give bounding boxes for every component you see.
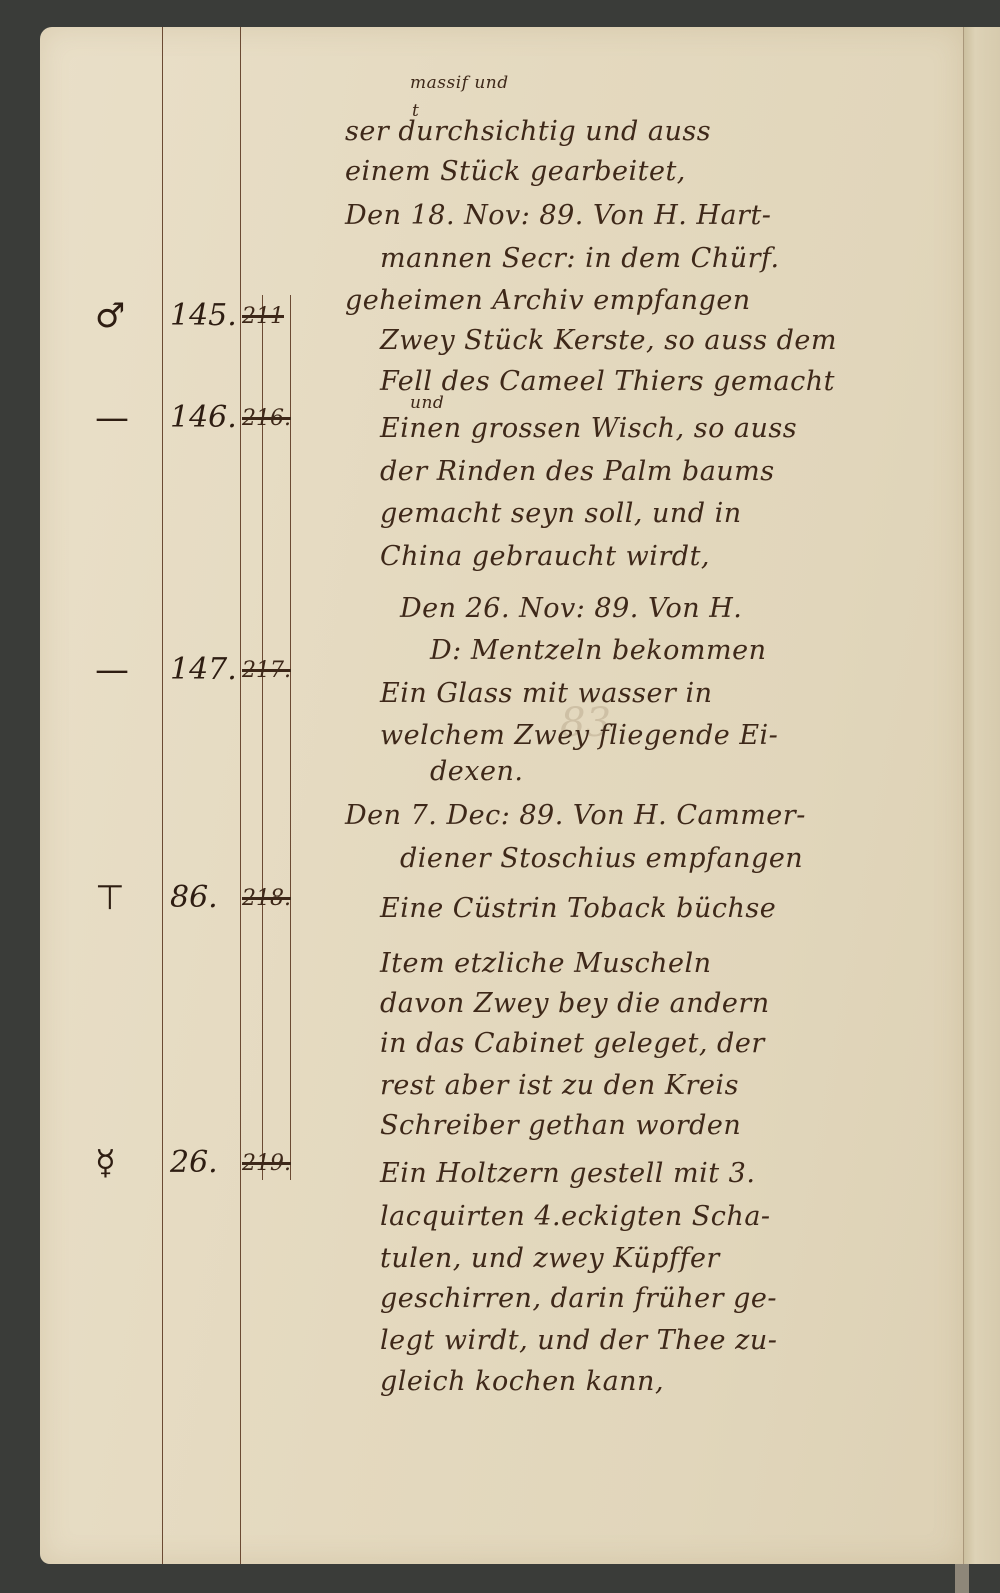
handwritten-line: und [410, 393, 444, 413]
handwritten-line: Einen grossen Wisch, so auss [380, 413, 797, 444]
adjacent-page-edge [963, 27, 1000, 1564]
handwritten-line: Den 7. Dec: 89. Von H. Cammer- [345, 800, 806, 831]
handwritten-line: der Rinden des Palm baums [380, 456, 775, 487]
struck-old-number: 216. [242, 406, 291, 431]
handwritten-line: diener Stoschius empfangen [400, 843, 803, 874]
catalog-number: 145. [170, 298, 237, 333]
handwritten-line: China gebraucht wirdt, [380, 541, 710, 572]
handwritten-line: Zwey Stück Kerste, so auss dem [380, 325, 837, 356]
catalog-number: 86. [170, 880, 218, 915]
binding-strip [955, 1564, 969, 1593]
ditto-dash-icon: — [95, 650, 129, 690]
handwritten-line: Fell des Cameel Thiers gemacht [380, 366, 835, 397]
catalog-number: 146. [170, 400, 237, 435]
struck-old-number: 211 [242, 304, 284, 329]
mercury-icon: ☿ [95, 1143, 116, 1183]
handwritten-line: gemacht seyn soll, und in [380, 498, 742, 529]
ditto-dash-icon: — [95, 398, 129, 438]
ruled-line-2 [240, 27, 241, 1564]
handwritten-line: dexen. [430, 756, 523, 787]
handwritten-line: geheimen Archiv empfangen [345, 285, 751, 316]
handwritten-line: legt wirdt, und der Thee zu- [380, 1325, 777, 1356]
handwritten-line: einem Stück gearbeitet, [345, 156, 686, 187]
handwritten-line: Ein Glass mit wasser in [380, 678, 713, 709]
handwritten-line: Item etzliche Muscheln [380, 948, 711, 979]
handwritten-line: davon Zwey bey die andern [380, 988, 770, 1019]
handwritten-line: massif und [410, 73, 509, 93]
handwritten-line: tulen, und zwey Küpffer [380, 1243, 720, 1274]
handwritten-line: mannen Secr: in dem Chürf. [380, 243, 780, 274]
handwritten-line: Ein Holtzern gestell mit 3. [380, 1158, 755, 1189]
catalog-number: 26. [170, 1145, 218, 1180]
mars-icon: ♂ [95, 296, 125, 336]
handwritten-line: D: Mentzeln bekommen [430, 635, 766, 666]
handwritten-line: Eine Cüstrin Toback büchse [380, 893, 776, 924]
handwritten-line: Schreiber gethan worden [380, 1110, 741, 1141]
struck-old-number: 217. [242, 658, 291, 683]
handwritten-line: Den 18. Nov: 89. Von H. Hart- [345, 200, 771, 231]
handwritten-line: rest aber ist zu den Kreis [380, 1070, 739, 1101]
ruled-line-1 [162, 27, 163, 1564]
handwritten-line: welchem Zwey fliegende Ei- [380, 720, 778, 751]
struck-old-number: 218. [242, 886, 291, 911]
catalog-number: 147. [170, 652, 237, 687]
alchemical-symbol-box-cross-icon: ⊤ [95, 878, 125, 918]
handwritten-line: lacquirten 4.eckigten Scha- [380, 1201, 771, 1232]
handwritten-line: geschirren, darin früher ge- [380, 1283, 777, 1314]
handwritten-line: gleich kochen kann, [380, 1366, 664, 1397]
handwritten-line: ser durchsichtig und auss [345, 116, 711, 147]
handwritten-line: Den 26. Nov: 89. Von H. [400, 593, 742, 624]
struck-old-number: 219. [242, 1151, 291, 1176]
handwritten-line: in das Cabinet geleget, der [380, 1028, 765, 1059]
